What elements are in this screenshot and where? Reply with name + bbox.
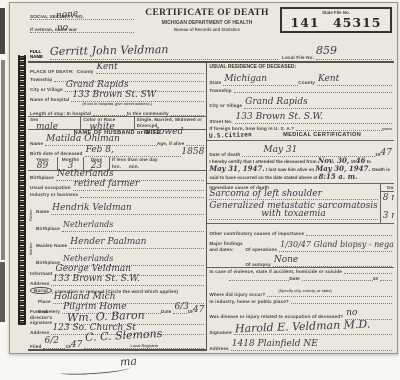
father-name-field: Name Hendrik Veldman <box>34 198 206 215</box>
marital-cell: Single, Married, Widowed or Divorced wid… <box>134 117 207 129</box>
filed-label: Filed <box>30 344 41 349</box>
father-group: Father Name Hendrik Veldman Birthplace N… <box>28 198 206 232</box>
scan-edge-mark <box>1 60 5 260</box>
sex-race-marital-row: Sex male Color or Race white Single, Mar… <box>28 116 206 130</box>
residence-county-value: Kent <box>318 74 339 84</box>
duration-column: Duration 8 mo. 3 mo. <box>380 184 394 224</box>
occupation-underline: retired farmer <box>73 174 205 191</box>
filed-row: Filed 6/2 1947 C. C. Slemons Local Regis… <box>28 335 206 351</box>
state-file-box: State File No. 141 45315 <box>280 7 392 33</box>
major-findings-label: Major findings and dates: <box>209 241 245 252</box>
residence-state-value: Michigan <box>224 74 267 84</box>
filed-date-underline: 6/2 <box>43 330 65 349</box>
registrar-underline: C. C. Slemons Local Registrar <box>84 326 204 349</box>
physician-address-label: Address <box>209 346 228 351</box>
full-name-underline: Gerritt John Veldman <box>50 41 278 60</box>
bureau-name: Bureau of Records and Statistics <box>134 27 280 32</box>
duration-label: Duration <box>381 184 394 192</box>
age-years-value: 89 <box>29 162 56 170</box>
physician-signature-underline: Harold E. Veldman M.D. <box>234 318 392 335</box>
cause-2-continued: with toxaemia <box>209 210 377 220</box>
father-name-value: Hendrik Veldman <box>52 203 132 213</box>
father-name-underline: Hendrik Veldman <box>51 198 204 215</box>
father-birthplace-field: Birthplace Netherlands <box>34 215 206 232</box>
residence-state-field: State Michigan County Kent <box>207 70 394 86</box>
birth-year-value: 1858 <box>181 148 204 156</box>
violence-field: In case of violence, state if accident, … <box>207 267 394 274</box>
hospital-field: Name of hospital 133 Brown St. SW <box>28 92 206 102</box>
burial-word-circled: Burial <box>30 287 52 294</box>
injury-underline: (Specify city, county, or state) <box>267 280 392 297</box>
age-years-box: Years 89 <box>28 157 58 170</box>
certificate-title: CERTIFICATE OF DEATH <box>134 8 280 18</box>
occupation-field: Usual occupation retired farmer <box>28 181 206 191</box>
filed-date-value: 6/2 <box>44 336 58 346</box>
veteran-field: If veteran, name war no <box>30 20 134 33</box>
county-underline: Kent <box>96 63 205 74</box>
dod-year-value: 47 <box>381 149 392 157</box>
mother-name-underline: Hender Paalman <box>69 232 204 249</box>
cert-text-last-saw: I last saw him alive on <box>266 167 314 172</box>
local-file-underline: 859 <box>316 41 392 60</box>
hospital-value: 133 Brown St. SW <box>72 90 156 100</box>
cert-time-of-death: 8:15 a. m. <box>319 172 358 181</box>
cause-2-duration: 3 mo. <box>383 212 394 220</box>
registrar-signature: C. C. Slemons <box>85 329 163 343</box>
mother-side-label: Mother <box>29 242 33 255</box>
father-side-label: Father <box>29 209 33 221</box>
left-margin-strip <box>18 55 26 325</box>
sex-cell: Sex male <box>28 117 80 129</box>
veteran-value: no <box>57 24 69 33</box>
birthdate-underline: Feb 8, <box>85 140 182 157</box>
industry-field: Industry or business <box>28 191 206 198</box>
scanned-certificate: SOCIAL SECURITY NO. none If veteran, nam… <box>0 0 400 380</box>
father-birthplace-value: Netherlands <box>63 220 113 229</box>
filed-year-value: 47 <box>71 341 82 349</box>
physician-address-field: Address 1418 Plainfield NE <box>207 335 394 351</box>
related-occupation-answer: no <box>346 308 357 318</box>
local-file-label: Local File No. <box>282 55 314 60</box>
birthdate-value: Feb 8, <box>86 145 114 155</box>
cert-to-date: May 31, 1947. <box>209 164 264 173</box>
certification-paragraph: I hereby certify that I attended the dec… <box>207 157 394 184</box>
causes-left: Immediate cause of death Sarcoma of left… <box>207 184 379 224</box>
medical-certification-header: MEDICAL CERTIFICATION <box>252 133 392 139</box>
left-column: PLACE OF DEATH: County Kent Township Cit… <box>28 63 207 351</box>
mother-name-value: Hender Paalman <box>70 237 146 247</box>
operations-underline: 1/30/47 Gland biopsy - negative <box>279 235 392 252</box>
form-columns: PLACE OF DEATH: County Kent Township Cit… <box>28 63 394 351</box>
physician-address-value: 1418 Plainfield NE <box>232 339 318 349</box>
informant-address-underline: 133 Brown St. S.W. <box>51 269 204 286</box>
ssn-field: SOCIAL SECURITY NO. none <box>30 7 134 20</box>
header: SOCIAL SECURITY NO. none If veteran, nam… <box>28 5 394 41</box>
injury-field: Where did injury occur? (Specify city, c… <box>207 281 394 297</box>
date-of-death-value: May 31 <box>263 145 297 155</box>
residence-street-underline: 133 Brown St. S.W. <box>235 107 392 124</box>
injury-note: (Specify city, county, or state) <box>278 289 331 293</box>
length-of-stay-field: Length of stay: In hospital In this comm… <box>28 107 206 116</box>
occupation-value: retired farmer <box>74 179 140 189</box>
ssn-value: none <box>56 10 79 20</box>
full-name-row: FULL NAME Gerritt John Veldman Local Fil… <box>28 41 394 63</box>
full-name-label: FULL NAME <box>30 50 50 60</box>
certificate-paper: SOCIAL SECURITY NO. none If veteran, nam… <box>9 2 398 354</box>
veteran-label: If veteran, name war <box>30 27 77 32</box>
autopsy-value: None <box>274 255 298 265</box>
county-value: Kent <box>97 63 118 72</box>
birthdate-field: Birth date of deceased Feb 8, 1858 <box>28 146 206 156</box>
header-right: State File No. 141 45315 <box>280 7 392 41</box>
residence-street-value: 133 Brown St. S.W. <box>236 112 323 122</box>
scan-edge-mark <box>0 8 5 54</box>
father-name-label: Name <box>36 209 49 214</box>
informant-address-value: 133 Brown St. S.W. <box>52 274 139 284</box>
residence-city-value: Grand Rapids <box>245 97 308 107</box>
pen-flourish-mark: ma <box>120 356 138 367</box>
autopsy-underline: None <box>273 250 392 267</box>
mother-name-field: Maiden Name Hender Paalman <box>34 232 206 249</box>
department-name: MICHIGAN DEPARTMENT OF HEALTH <box>134 20 280 26</box>
director-signature: Wm. O. Baron <box>67 311 145 324</box>
causes-of-death-block: Immediate cause of death Sarcoma of left… <box>207 184 394 225</box>
operations-value: 1/30/47 Gland biopsy - negative <box>280 240 394 249</box>
certificate-content: SOCIAL SECURITY NO. none If veteran, nam… <box>28 5 394 351</box>
residence-city-underline: Grand Rapids <box>244 92 392 109</box>
place-of-death-field: PLACE OF DEATH: County Kent <box>28 63 206 74</box>
cause-1-duration: 8 mo. <box>383 194 394 202</box>
foreign-born-field: If foreign born, how long in U. S. A.? y… <box>207 124 394 131</box>
state-file-number: 141 45315 <box>284 15 388 30</box>
residence-street-field: Street No. 133 Brown St. S.W. <box>207 109 394 125</box>
physician-address-underline: 1418 Plainfield NE <box>231 334 392 351</box>
residence-county-underline: Kent <box>317 69 392 86</box>
cause-1-value: Sarcoma of left shoulder <box>209 190 377 200</box>
citizen-stamp: U.S.Citizen <box>209 132 252 139</box>
physician-signature-value: Harold E. Veldman M.D. <box>235 320 371 335</box>
hospital-underline: 133 Brown St. SW <box>71 85 204 102</box>
header-left: SOCIAL SECURITY NO. none If veteran, nam… <box>30 7 134 41</box>
date-of-death-underline: May 31 <box>242 140 375 157</box>
scan-edge-mark <box>0 262 5 322</box>
residence-state-underline: Michigan <box>223 69 298 86</box>
right-column: USUAL RESIDENCE OF DECEASED: State Michi… <box>207 63 394 351</box>
father-birthplace-underline: Netherlands <box>62 215 204 232</box>
autopsy-field: Of autopsy None <box>207 252 394 268</box>
header-center: CERTIFICATE OF DEATH MICHIGAN DEPARTMENT… <box>134 7 280 41</box>
date-of-death-field: Date of death May 31 1947 <box>207 141 394 157</box>
registrar-label: Local Registrar <box>85 344 203 348</box>
race-cell: Color or Race white <box>80 117 133 129</box>
full-name-value: Gerritt John Veldman <box>50 45 169 57</box>
age-less-label: If less than one day <box>112 157 204 162</box>
local-file-number: 859 <box>316 44 337 57</box>
informant-address-field: Address 133 Brown St. S.W. <box>28 276 206 286</box>
